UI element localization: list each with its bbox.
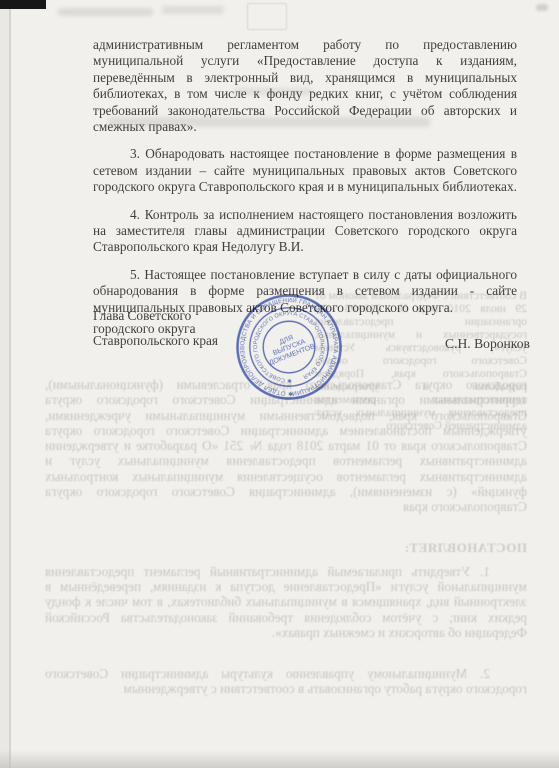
signatory-name: С.Н. Воронков [445, 336, 530, 352]
bleed-stamp-box-outline [247, 3, 287, 30]
paragraph-item-3: 3. Обнародовать настоящее постановление … [93, 146, 517, 195]
scanned-document-page: В соответствии с Федеральным законом от … [0, 0, 559, 768]
bleedthrough-text: 1. Утвердить прилагаемый административны… [45, 564, 527, 640]
bleedthrough-heading: ПОСТАНОВЛЯЕТ: [357, 540, 527, 556]
bleedthrough-text: ПОСТАНОВЛЯЕТ: [357, 540, 527, 556]
bleedthrough-item1-paragraph: 1. Утвердить прилагаемый административны… [45, 564, 527, 640]
bleedthrough-text: 2. Муниципальному управлению культуры ад… [45, 666, 527, 696]
signatory-title: Глава Советского городского округа Ставр… [93, 310, 218, 348]
bleed-smudge [58, 8, 153, 16]
scanner-top-edge [0, 0, 46, 9]
page-left-edge-line [9, 6, 11, 768]
paragraph-item-4: 4. Контроль за исполнением настоящего по… [93, 207, 517, 256]
bleed-smudge [162, 6, 224, 14]
stamp-center-text: ДЛЯ ВЫПУСКА ДОКУМЕНТОВ [263, 328, 317, 367]
official-round-stamp: ✱ ОТДЕЛ ДЕЛОПРОИЗВОДСТВА И ОБРАЩЕНИЙ ГРА… [227, 285, 350, 408]
bleedthrough-item2-paragraph: 2. Муниципальному управлению культуры ад… [45, 666, 527, 696]
bleed-smudge [536, 4, 548, 11]
paragraph-regulation: административным регламентом работу по п… [93, 37, 517, 135]
page-left-edge [0, 0, 9, 768]
decree-body: административным регламентом работу по п… [93, 37, 517, 327]
signatory-title-line: Ставропольского края [93, 335, 218, 348]
page-bottom-shadow [0, 750, 559, 768]
